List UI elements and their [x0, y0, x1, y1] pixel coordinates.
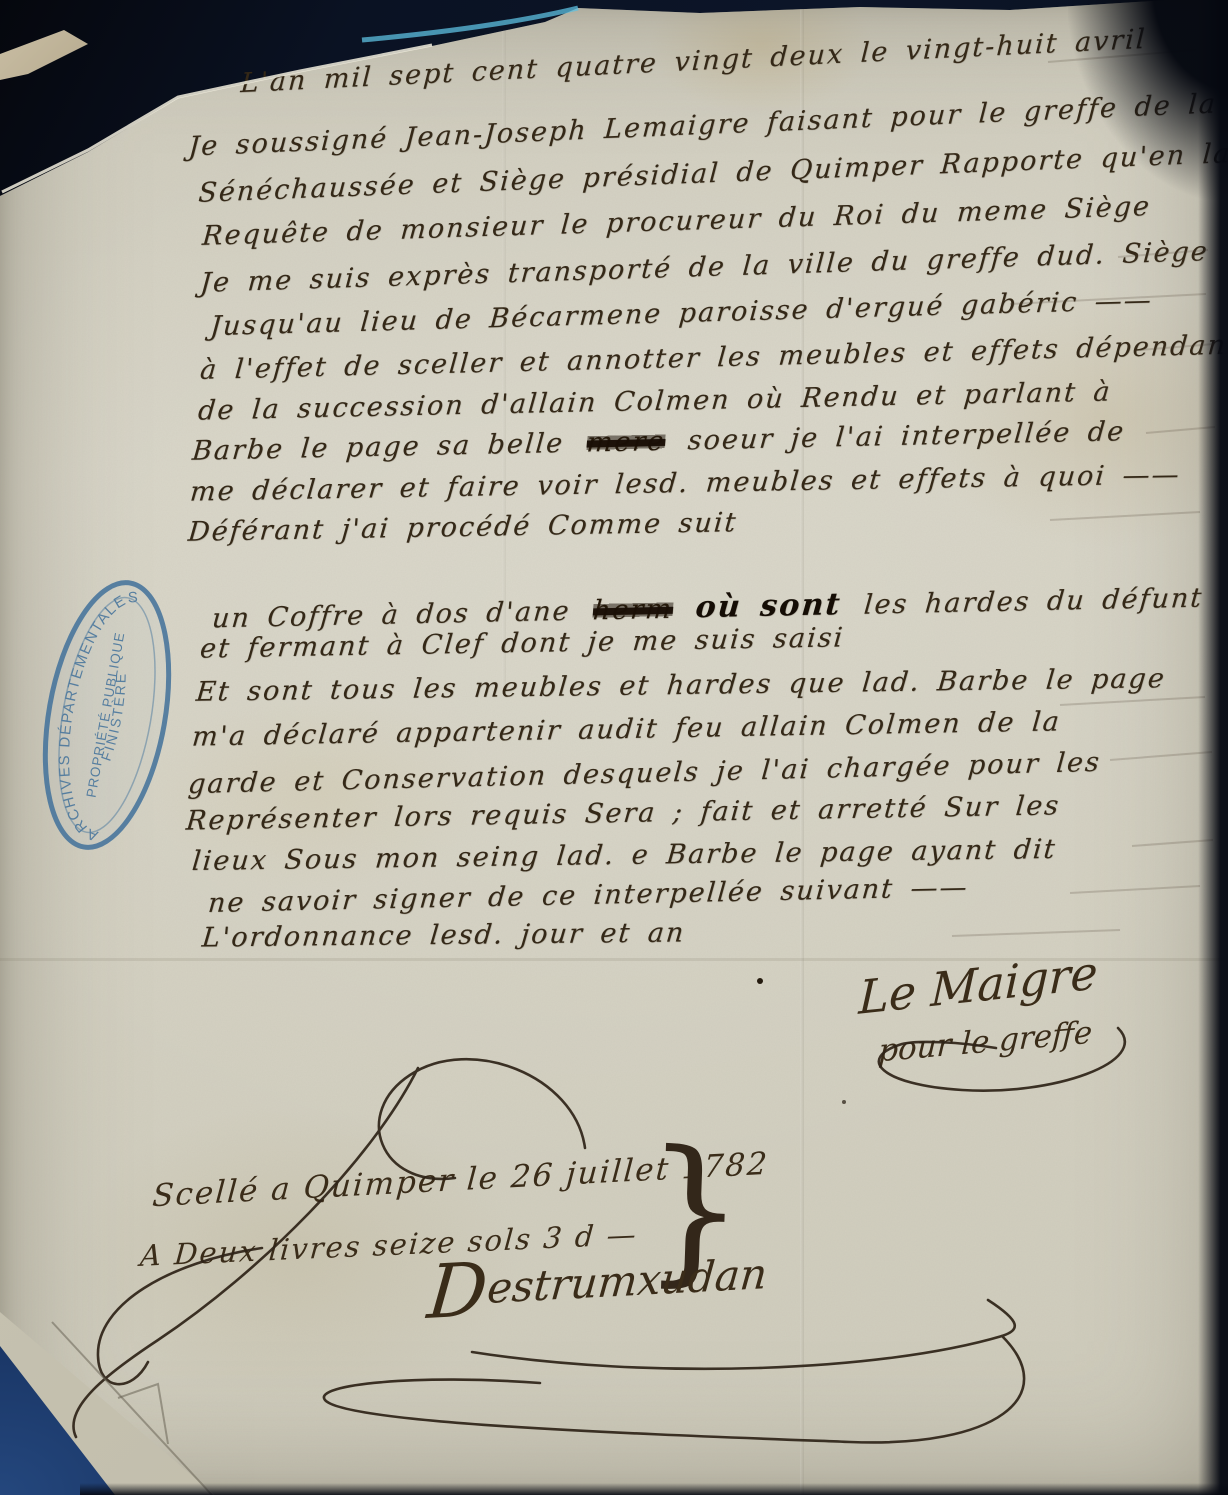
photographed-manuscript-page: ARCHIVES DÉPARTEMENTALES PROPRIÉTÉ PUBLI…	[0, 0, 1228, 1495]
photo-edge-bottom	[80, 1483, 1228, 1495]
struck-word: mere	[586, 426, 667, 459]
manuscript-line: L'ordonnance lesd. jour et an	[201, 919, 687, 952]
overwritten-word: où sont	[694, 587, 843, 625]
ink-spot	[757, 978, 763, 984]
struck-word: herm	[592, 594, 674, 627]
photo-edge-right	[1198, 0, 1228, 1495]
signature-initial: D	[424, 1247, 491, 1337]
fold-flap	[0, 0, 120, 90]
ink-spot	[842, 1100, 846, 1104]
photo-corner-shadow	[1068, 0, 1228, 200]
